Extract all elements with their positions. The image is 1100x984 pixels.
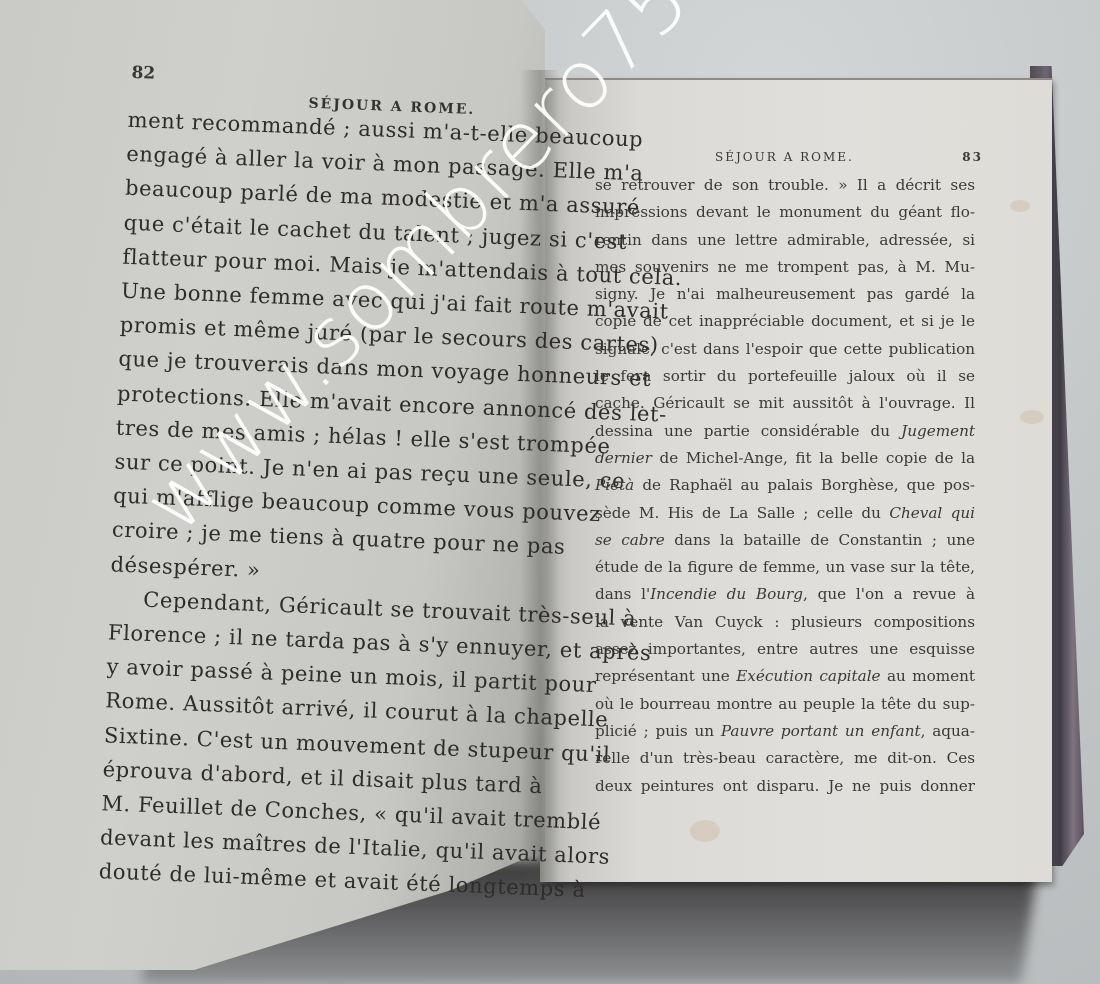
foxing-stain [1010, 200, 1030, 212]
text-run: relle d'un très-beau caractère, me dit-o… [595, 749, 975, 767]
text-run: , que l'on a revue à [803, 585, 975, 603]
text-line: le fera sortir du portefeuille jaloux où… [595, 363, 975, 390]
text-run: copie de cet inappréciable document, et … [595, 312, 975, 330]
text-run: dessina une partie considérable du [595, 422, 901, 440]
right-page-text: SÉJOUR A ROME. 83 se retrouver de son tr… [595, 150, 975, 800]
running-header-row: SÉJOUR A ROME. 83 [595, 150, 975, 172]
text-run: de Raphaël au palais Borghèse, que pos- [634, 476, 975, 494]
text-run: le fera sortir du portefeuille jaloux où… [595, 367, 975, 385]
text-run: cache. Géricault se mit aussitôt à l'ouv… [595, 394, 975, 412]
text-run: assez importantes, entre autres une esqu… [595, 640, 975, 658]
text-line: signale, c'est dans l'espoir que cette p… [595, 336, 975, 363]
text-run: étude de la figure de femme, un vase sur… [595, 558, 975, 576]
text-line: plicié ; puis un Pauvre portant un enfan… [595, 718, 975, 745]
text-line: mes souvenirs ne me trompent pas, à M. M… [595, 254, 975, 281]
text-run: la vente Van Cuyck : plusieurs compositi… [595, 613, 975, 631]
text-run: dans la bataille de Constantin ; une [665, 531, 975, 549]
text-line: où le bourreau montre au peuple la tête … [595, 691, 975, 718]
text-run: sède M. His de La Salle ; celle du [595, 504, 889, 522]
foxing-stain [1020, 410, 1044, 424]
text-line: cache. Géricault se mit aussitôt à l'ouv… [595, 390, 975, 417]
italic-title: Jugement [901, 422, 975, 440]
text-run: plicié ; puis un [595, 722, 721, 740]
foxing-stain [690, 820, 720, 842]
text-run: , aqua- [921, 722, 975, 740]
text-run: de Michel-Ange, fit la belle copie de la [652, 449, 975, 467]
right-page-body: se retrouver de son trouble. » Il a décr… [595, 172, 975, 800]
italic-title: Exécution capitale [736, 667, 880, 685]
page-number: 83 [962, 150, 983, 164]
text-run: mes souvenirs ne me trompent pas, à M. M… [595, 258, 975, 276]
text-line: copie de cet inappréciable document, et … [595, 308, 975, 335]
text-line: dans l'Incendie du Bourg, que l'on a rev… [595, 581, 975, 608]
text-run: dans l' [595, 585, 650, 603]
italic-title: se cabre [595, 531, 665, 549]
italic-title: Incendie du Bourg [650, 585, 803, 603]
italic-title: Cheval qui [889, 504, 975, 522]
text-run: signy. Je n'ai malheureusement pas gardé… [595, 285, 975, 303]
text-line: se cabre dans la bataille de Constantin … [595, 527, 975, 554]
text-line: représentant une Exécution capitale au m… [595, 663, 975, 690]
text-line: signy. Je n'ai malheureusement pas gardé… [595, 281, 975, 308]
text-run: deux peintures ont disparu. Je ne puis d… [595, 777, 975, 795]
text-line: sède M. His de La Salle ; celle du Cheva… [595, 500, 975, 527]
text-line: se retrouver de son trouble. » Il a décr… [595, 172, 975, 199]
italic-title: Pauvre portant un enfant [721, 722, 921, 740]
text-line: deux peintures ont disparu. Je ne puis d… [595, 773, 975, 800]
text-line: assez importantes, entre autres une esqu… [595, 636, 975, 663]
text-line: rentin dans une lettre admirable, adress… [595, 227, 975, 254]
text-run: signale, c'est dans l'espoir que cette p… [595, 340, 975, 358]
page-number: 82 [131, 63, 155, 84]
text-run: au moment [881, 667, 975, 685]
text-line: la vente Van Cuyck : plusieurs compositi… [595, 609, 975, 636]
text-line: étude de la figure de femme, un vase sur… [595, 554, 975, 581]
text-line: Pietà de Raphaël au palais Borghèse, que… [595, 472, 975, 499]
text-run: impressions devant le monument du géant … [595, 203, 975, 221]
text-line: impressions devant le monument du géant … [595, 199, 975, 226]
text-run: rentin dans une lettre admirable, adress… [595, 231, 975, 249]
text-line: dessina une partie considérable du Jugem… [595, 418, 975, 445]
italic-title: dernier [595, 449, 652, 467]
running-header: SÉJOUR A ROME. [715, 150, 854, 164]
text-line: dernier de Michel-Ange, fit la belle cop… [595, 445, 975, 472]
text-run: se retrouver de son trouble. » Il a décr… [595, 176, 975, 194]
text-run: représentant une [595, 667, 736, 685]
text-run: où le bourreau montre au peuple la tête … [595, 695, 975, 713]
text-line: relle d'un très-beau caractère, me dit-o… [595, 745, 975, 772]
italic-title: Pietà [595, 476, 634, 494]
